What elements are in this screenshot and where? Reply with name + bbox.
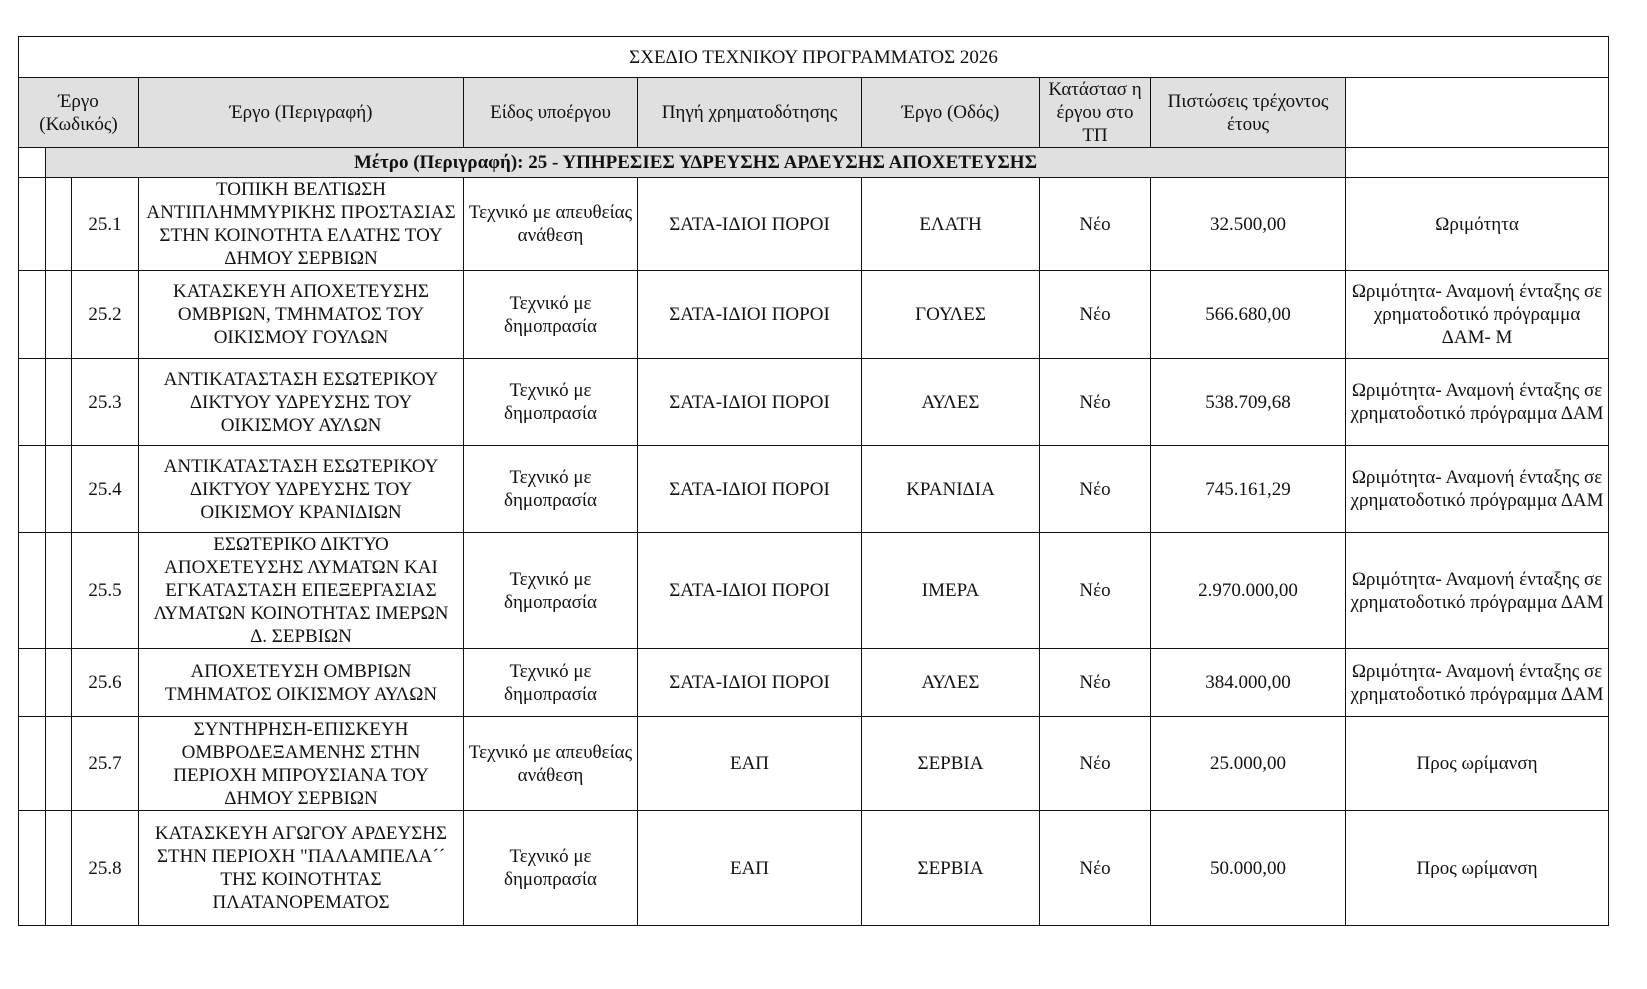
indent-cell-1: [19, 717, 46, 811]
project-status: Νέο: [1040, 811, 1151, 926]
project-description: ΕΣΩΤΕΡΙΚΟ ΔΙΚΤΥΟ ΑΠΟΧΕΤΕΥΣΗΣ ΛΥΜΑΤΩΝ ΚΑΙ…: [139, 533, 464, 649]
funding-source: ΣΑΤΑ-ΙΔΙΟΙ ΠΟΡΟΙ: [638, 178, 862, 271]
project-status: Νέο: [1040, 359, 1151, 446]
funding-source: ΣΑΤΑ-ΙΔΙΟΙ ΠΟΡΟΙ: [638, 271, 862, 359]
project-location: ΣΕΡΒΙΑ: [862, 717, 1040, 811]
indent-cell-1: [19, 533, 46, 649]
project-status: Νέο: [1040, 271, 1151, 359]
project-credits: 2.970.000,00: [1151, 533, 1346, 649]
project-code: 25.5: [72, 533, 139, 649]
header-credits: Πιστώσεις τρέχοντος έτους: [1151, 78, 1346, 148]
project-credits: 538.709,68: [1151, 359, 1346, 446]
funding-source: ΕΑΠ: [638, 717, 862, 811]
project-credits: 384.000,00: [1151, 649, 1346, 717]
project-description: ΣΥΝΤΗΡΗΣΗ-ΕΠΙΣΚΕΥΗ ΟΜΒΡΟΔΕΞΑΜΕΝΗΣ ΣΤΗΝ Π…: [139, 717, 464, 811]
indent-cell-1: [19, 359, 46, 446]
project-description: ΑΝΤΙΚΑΤΑΣΤΑΣΗ ΕΣΩΤΕΡΙΚΟΥ ΔΙΚΤΥΟΥ ΥΔΡΕΥΣΗ…: [139, 359, 464, 446]
indent-cell-2: [46, 359, 72, 446]
project-location: ΣΕΡΒΙΑ: [862, 811, 1040, 926]
subproject-type: Τεχνικό με δημοπρασία: [464, 811, 638, 926]
funding-source: ΣΑΤΑ-ΙΔΙΟΙ ΠΟΡΟΙ: [638, 649, 862, 717]
measure-title: Μέτρο (Περιγραφή): 25 - ΥΠΗΡΕΣΙΕΣ ΥΔΡΕΥΣ…: [46, 148, 1346, 178]
project-code: 25.7: [72, 717, 139, 811]
subproject-type: Τεχνικό με δημοπρασία: [464, 533, 638, 649]
project-credits: 745.161,29: [1151, 446, 1346, 533]
project-status: Νέο: [1040, 446, 1151, 533]
header-status: Κατάστασ η έργου στο ΤΠ: [1040, 78, 1151, 148]
funding-source: ΕΑΠ: [638, 811, 862, 926]
project-notes: Ωριμότητα- Αναμονή ένταξης σε χρηματοδοτ…: [1346, 271, 1609, 359]
indent-cell-2: [46, 533, 72, 649]
header-notes: [1346, 78, 1609, 148]
table-row: 25.2 ΚΑΤΑΣΚΕΥΗ ΑΠΟΧΕΤΕΥΣΗΣ ΟΜΒΡΙΩΝ, ΤΜΗΜ…: [19, 271, 1609, 359]
header-subproject-type: Είδος υποέργου: [464, 78, 638, 148]
project-description: ΑΝΤΙΚΑΤΑΣΤΑΣΗ ΕΣΩΤΕΡΙΚΟΥ ΔΙΚΤΥΟΥ ΥΔΡΕΥΣΗ…: [139, 446, 464, 533]
table-row: 25.6 ΑΠΟΧΕΤΕΥΣΗ ΟΜΒΡΙΩΝ ΤΜΗΜΑΤΟΣ ΟΙΚΙΣΜΟ…: [19, 649, 1609, 717]
project-notes: Ωριμότητα- Αναμονή ένταξης σε χρηματοδοτ…: [1346, 649, 1609, 717]
project-code: 25.2: [72, 271, 139, 359]
project-code: 25.6: [72, 649, 139, 717]
subproject-type: Τεχνικό με δημοπρασία: [464, 649, 638, 717]
table-row: 25.3 ΑΝΤΙΚΑΤΑΣΤΑΣΗ ΕΣΩΤΕΡΙΚΟΥ ΔΙΚΤΥΟΥ ΥΔ…: [19, 359, 1609, 446]
indent-cell-1: [19, 649, 46, 717]
indent-cell-2: [46, 717, 72, 811]
table-row: 25.5 ΕΣΩΤΕΡΙΚΟ ΔΙΚΤΥΟ ΑΠΟΧΕΤΕΥΣΗΣ ΛΥΜΑΤΩ…: [19, 533, 1609, 649]
subproject-type: Τεχνικό με δημοπρασία: [464, 446, 638, 533]
header-description: Έργο (Περιγραφή): [139, 78, 464, 148]
project-location: ΑΥΛΕΣ: [862, 359, 1040, 446]
technical-program-table: ΣΧΕΔΙΟ ΤΕΧΝΙΚΟΥ ΠΡΟΓΡΑΜΜΑΤΟΣ 2026 Έργο (…: [18, 36, 1609, 926]
project-credits: 25.000,00: [1151, 717, 1346, 811]
measure-spacer: [19, 148, 46, 178]
document-title: ΣΧΕΔΙΟ ΤΕΧΝΙΚΟΥ ΠΡΟΓΡΑΜΜΑΤΟΣ 2026: [19, 37, 1609, 78]
project-notes: Προς ωρίμανση: [1346, 717, 1609, 811]
project-location: ΑΥΛΕΣ: [862, 649, 1040, 717]
indent-cell-1: [19, 446, 46, 533]
header-location: Έργο (Οδός): [862, 78, 1040, 148]
indent-cell-1: [19, 811, 46, 926]
project-location: ΓΟΥΛΕΣ: [862, 271, 1040, 359]
indent-cell-2: [46, 446, 72, 533]
indent-cell-2: [46, 649, 72, 717]
project-code: 25.1: [72, 178, 139, 271]
project-location: ΙΜΕΡΑ: [862, 533, 1040, 649]
project-description: ΑΠΟΧΕΤΕΥΣΗ ΟΜΒΡΙΩΝ ΤΜΗΜΑΤΟΣ ΟΙΚΙΣΜΟΥ ΑΥΛ…: [139, 649, 464, 717]
project-code: 25.8: [72, 811, 139, 926]
subproject-type: Τεχνικό με απευθείας ανάθεση: [464, 178, 638, 271]
project-credits: 32.500,00: [1151, 178, 1346, 271]
project-notes: Ωριμότητα: [1346, 178, 1609, 271]
project-credits: 50.000,00: [1151, 811, 1346, 926]
project-description: ΚΑΤΑΣΚΕΥΗ ΑΓΩΓΟΥ ΑΡΔΕΥΣΗΣ ΣΤΗΝ ΠΕΡΙΟΧΗ "…: [139, 811, 464, 926]
project-status: Νέο: [1040, 178, 1151, 271]
project-credits: 566.680,00: [1151, 271, 1346, 359]
title-row: ΣΧΕΔΙΟ ΤΕΧΝΙΚΟΥ ΠΡΟΓΡΑΜΜΑΤΟΣ 2026: [19, 37, 1609, 78]
project-notes: Ωριμότητα- Αναμονή ένταξης σε χρηματοδοτ…: [1346, 446, 1609, 533]
funding-source: ΣΑΤΑ-ΙΔΙΟΙ ΠΟΡΟΙ: [638, 359, 862, 446]
project-notes: Προς ωρίμανση: [1346, 811, 1609, 926]
project-status: Νέο: [1040, 717, 1151, 811]
project-code: 25.4: [72, 446, 139, 533]
measure-notes: [1346, 148, 1609, 178]
project-notes: Ωριμότητα- Αναμονή ένταξης σε χρηματοδοτ…: [1346, 359, 1609, 446]
header-funding-source: Πηγή χρηματοδότησης: [638, 78, 862, 148]
table-row: 25.1 ΤΟΠΙΚΗ ΒΕΛΤΙΩΣΗ ΑΝΤΙΠΛΗΜΜΥΡΙΚΗΣ ΠΡΟ…: [19, 178, 1609, 271]
table-row: 25.8 ΚΑΤΑΣΚΕΥΗ ΑΓΩΓΟΥ ΑΡΔΕΥΣΗΣ ΣΤΗΝ ΠΕΡΙ…: [19, 811, 1609, 926]
indent-cell-1: [19, 271, 46, 359]
indent-cell-2: [46, 811, 72, 926]
project-description: ΤΟΠΙΚΗ ΒΕΛΤΙΩΣΗ ΑΝΤΙΠΛΗΜΜΥΡΙΚΗΣ ΠΡΟΣΤΑΣΙ…: [139, 178, 464, 271]
header-row: Έργο (Κωδικός) Έργο (Περιγραφή) Είδος υπ…: [19, 78, 1609, 148]
project-notes: Ωριμότητα- Αναμονή ένταξης σε χρηματοδοτ…: [1346, 533, 1609, 649]
funding-source: ΣΑΤΑ-ΙΔΙΟΙ ΠΟΡΟΙ: [638, 446, 862, 533]
table-row: 25.4 ΑΝΤΙΚΑΤΑΣΤΑΣΗ ΕΣΩΤΕΡΙΚΟΥ ΔΙΚΤΥΟΥ ΥΔ…: [19, 446, 1609, 533]
project-code: 25.3: [72, 359, 139, 446]
table-row: 25.7 ΣΥΝΤΗΡΗΣΗ-ΕΠΙΣΚΕΥΗ ΟΜΒΡΟΔΕΞΑΜΕΝΗΣ Σ…: [19, 717, 1609, 811]
indent-cell-2: [46, 271, 72, 359]
indent-cell-2: [46, 178, 72, 271]
project-description: ΚΑΤΑΣΚΕΥΗ ΑΠΟΧΕΤΕΥΣΗΣ ΟΜΒΡΙΩΝ, ΤΜΗΜΑΤΟΣ …: [139, 271, 464, 359]
indent-cell-1: [19, 178, 46, 271]
subproject-type: Τεχνικό με δημοπρασία: [464, 271, 638, 359]
project-location: ΕΛΑΤΗ: [862, 178, 1040, 271]
project-status: Νέο: [1040, 649, 1151, 717]
project-status: Νέο: [1040, 533, 1151, 649]
funding-source: ΣΑΤΑ-ΙΔΙΟΙ ΠΟΡΟΙ: [638, 533, 862, 649]
measure-row: Μέτρο (Περιγραφή): 25 - ΥΠΗΡΕΣΙΕΣ ΥΔΡΕΥΣ…: [19, 148, 1609, 178]
subproject-type: Τεχνικό με απευθείας ανάθεση: [464, 717, 638, 811]
project-location: ΚΡΑΝΙΔΙΑ: [862, 446, 1040, 533]
header-code: Έργο (Κωδικός): [19, 78, 139, 148]
subproject-type: Τεχνικό με δημοπρασία: [464, 359, 638, 446]
